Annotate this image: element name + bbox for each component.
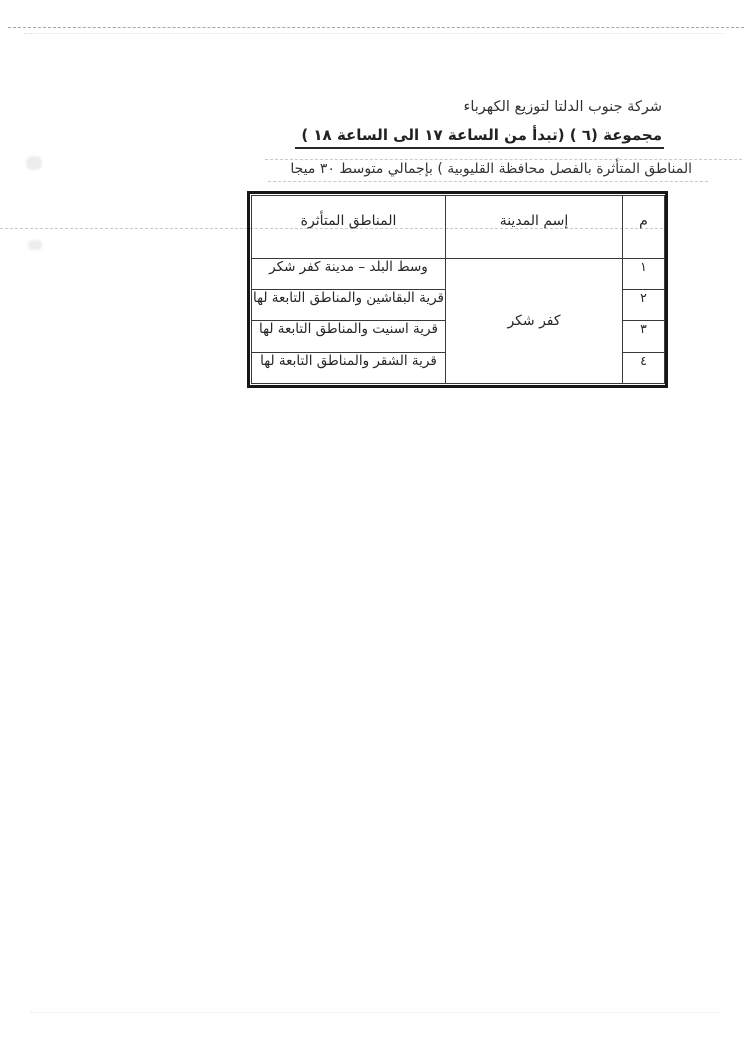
table-row: ١ كفر شكر وسط البلد – مدينة كفر شكر [252,258,665,289]
scan-artifact-line [268,181,708,182]
scan-artifact-line [265,159,742,160]
schedule-table-frame: م إسم المدينة المناطق المتأثرة ١ كفر شكر… [247,191,668,388]
row-number: ٣ [623,321,665,352]
schedule-table: م إسم المدينة المناطق المتأثرة ١ كفر شكر… [251,195,665,384]
table-header-row: م إسم المدينة المناطق المتأثرة [252,196,665,259]
affected-area-cell: قرية اسنيت والمناطق التابعة لها [252,321,446,352]
scan-artifact-line [24,33,724,34]
affected-area-cell: قرية البقاشين والمناطق التابعة لها [252,289,446,320]
affected-areas-subtitle: المناطق المتأثرة بالفصل محافظة القليوبية… [290,161,692,177]
header-areas-column: المناطق المتأثرة [252,196,446,259]
company-name: شركة جنوب الدلتا لتوزيع الكهرباء [464,99,662,115]
row-number: ١ [623,258,665,289]
row-number: ٤ [623,352,665,383]
affected-area-cell: وسط البلد – مدينة كفر شكر [252,258,446,289]
affected-area-cell: قرية الشقر والمناطق التابعة لها [252,352,446,383]
row-number: ٢ [623,289,665,320]
group-title: مجموعة (٦ ) (تبدأ من الساعة ١٧ الى الساع… [295,126,664,149]
scan-smudge [26,156,42,170]
scan-smudge [28,240,42,250]
scan-artifact-line [8,27,744,28]
scanned-document-page: شركة جنوب الدلتا لتوزيع الكهرباء مجموعة … [0,0,750,1060]
scan-artifact-line [30,1012,720,1013]
city-name-cell: كفر شكر [446,258,623,383]
header-number-column: م [623,196,665,259]
header-city-column: إسم المدينة [446,196,623,259]
